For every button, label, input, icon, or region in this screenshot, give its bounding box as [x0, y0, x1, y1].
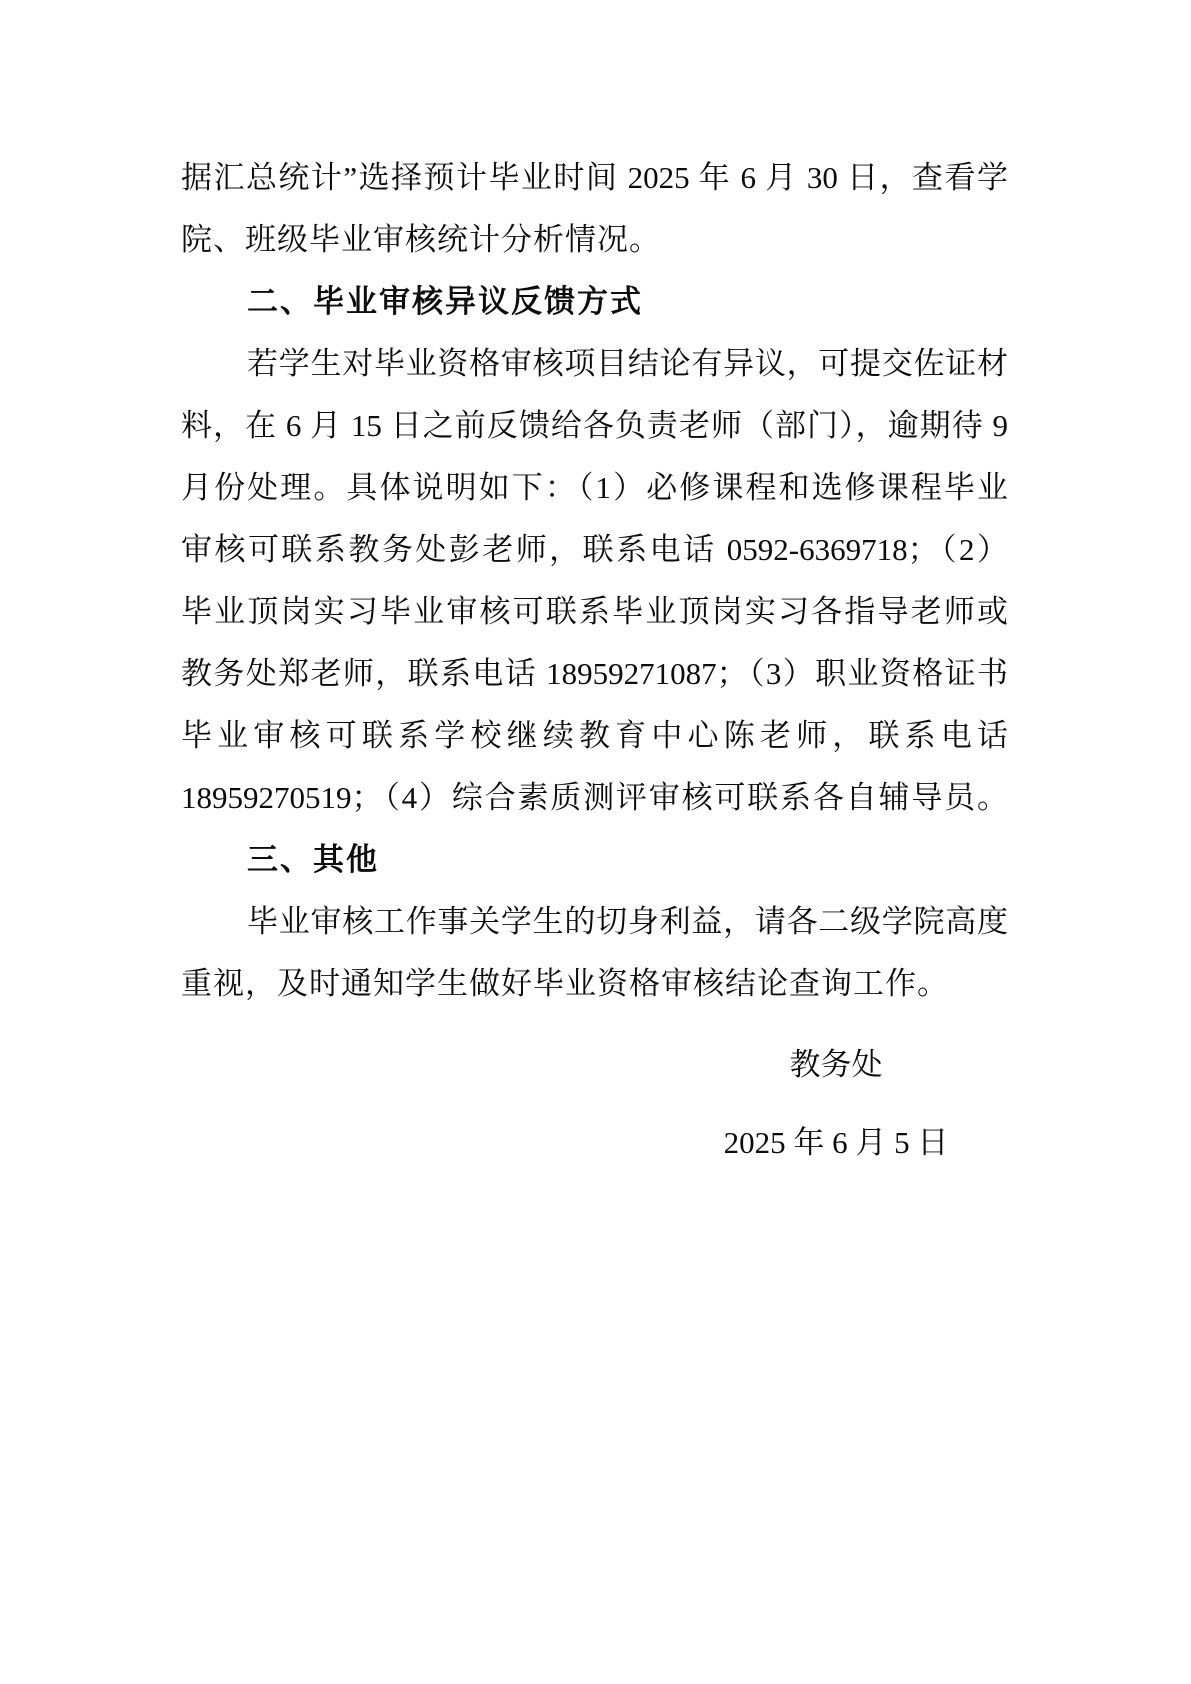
body-line: 教务处郑老师，联系电话 18959271087；（3）职业资格证书 — [181, 643, 1008, 705]
signature-department: 教务处 — [664, 1034, 1008, 1096]
signature-date: 2025 年 6 月 5 日 — [664, 1112, 1008, 1174]
body-line: 毕业顶岗实习毕业审核可联系毕业顶岗实习各指导老师或 — [181, 581, 1008, 643]
body-line: 据汇总统计”选择预计毕业时间 2025 年 6 月 30 日，查看学 — [181, 147, 1008, 209]
body-line: 料，在 6 月 15 日之前反馈给各负责老师（部门），逾期待 9 — [181, 395, 1008, 457]
body-line: 若学生对毕业资格审核项目结论有异议，可提交佐证材 — [181, 333, 1008, 395]
section-heading-2: 二、毕业审核异议反馈方式 — [181, 271, 1008, 333]
document-page: 据汇总统计”选择预计毕业时间 2025 年 6 月 30 日，查看学 院、班级毕… — [0, 0, 1191, 1684]
body-line: 审核可联系教务处彭老师，联系电话 0592-6369718；（2） — [181, 519, 1008, 581]
body-line: 月份处理。具体说明如下：（1）必修课程和选修课程毕业 — [181, 457, 1008, 519]
section-heading-3: 三、其他 — [181, 829, 1008, 891]
body-line: 院、班级毕业审核统计分析情况。 — [181, 209, 1008, 271]
body-line: 重视，及时通知学生做好毕业资格审核结论查询工作。 — [181, 953, 1008, 1015]
body-line: 毕业审核可联系学校继续教育中心陈老师，联系电话 — [181, 705, 1008, 767]
signature-block: 教务处 2025 年 6 月 5 日 — [664, 1034, 1008, 1174]
body-line: 毕业审核工作事关学生的切身利益，请各二级学院高度 — [181, 891, 1008, 953]
body-line: 18959270519；（4）综合素质测评审核可联系各自辅导员。 — [181, 767, 1008, 829]
document-body: 据汇总统计”选择预计毕业时间 2025 年 6 月 30 日，查看学 院、班级毕… — [181, 147, 1008, 1174]
